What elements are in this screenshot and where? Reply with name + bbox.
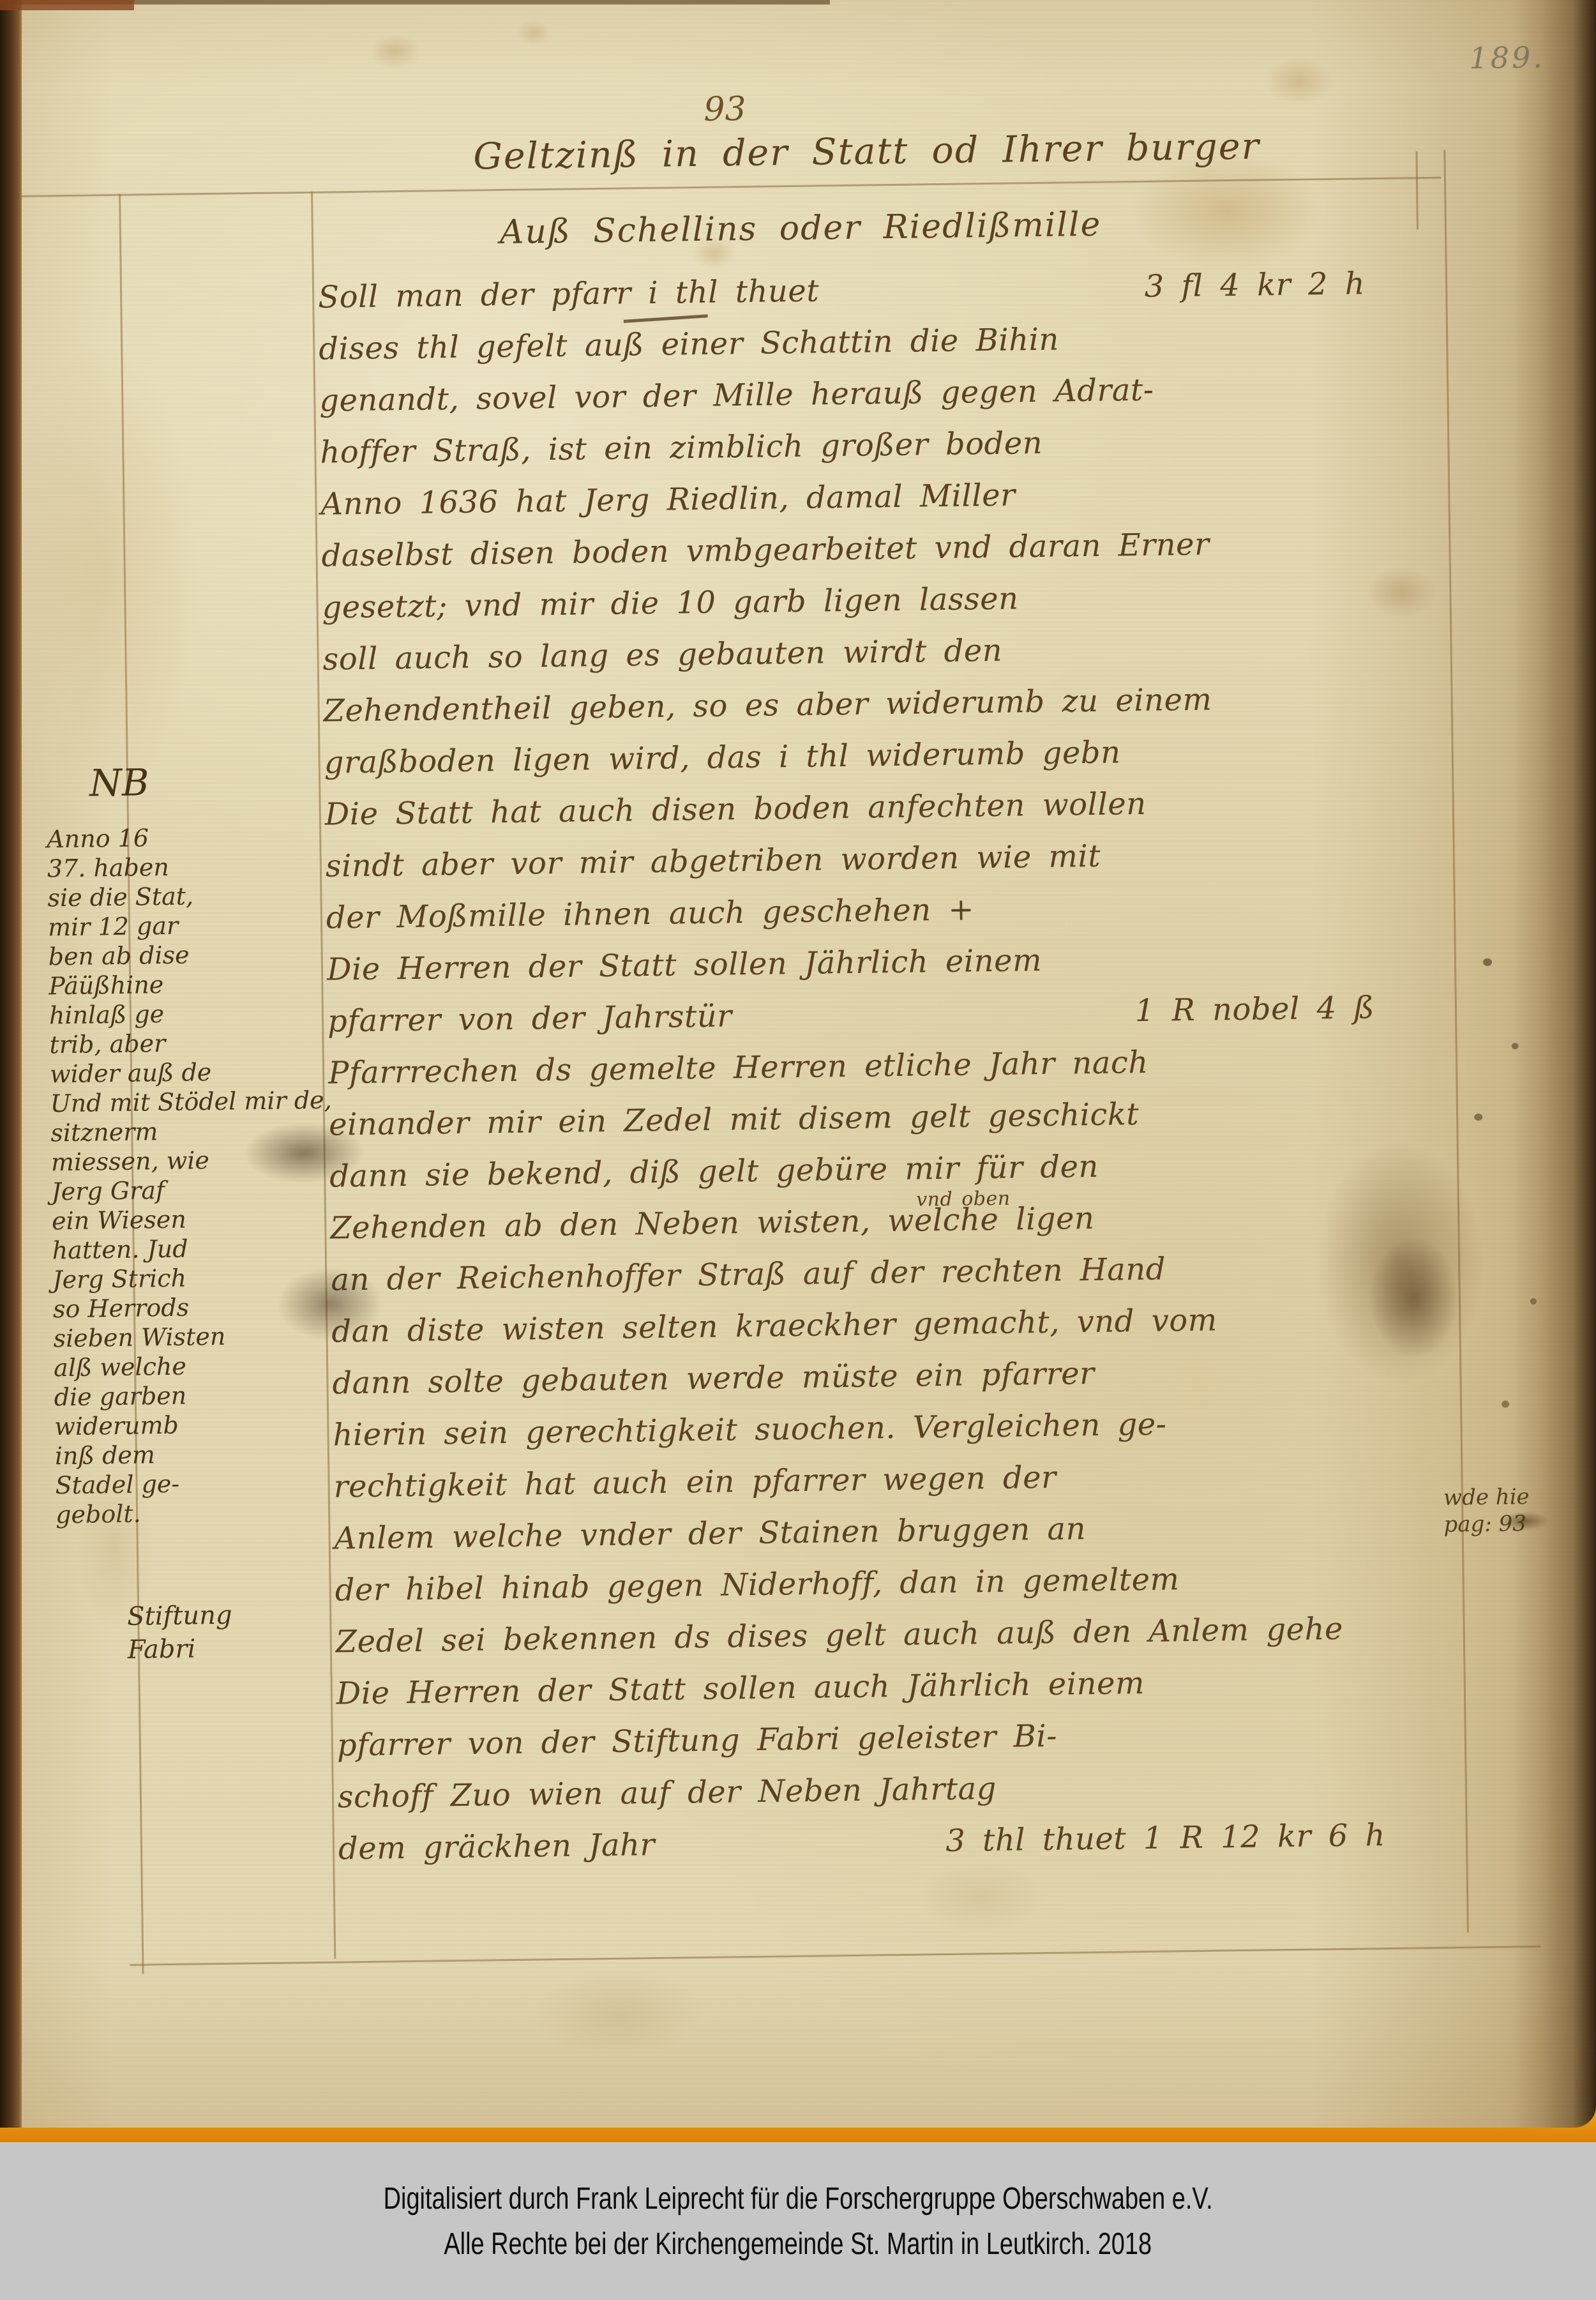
page-content: 189. 93 Geltzinß in der Statt od Ihrer b…	[0, 0, 1596, 2138]
margin-note-line: Jerg Strich	[52, 1261, 340, 1294]
margin-note-line: hinlaß ge	[49, 997, 337, 1030]
margin-notes-block: Anno 1637. habensie die Stat,mir 12 garb…	[47, 821, 343, 1529]
margin-note-line: inß dem	[55, 1437, 343, 1471]
margin-stiftung-block: StiftungFabri	[127, 1597, 358, 1667]
stain	[1369, 1236, 1459, 1359]
interlinear-insertion: vnd oben	[916, 1188, 1011, 1211]
stain	[3, 340, 200, 802]
margin-note-line: miessen, wie	[51, 1144, 339, 1177]
margin-note-line: Und mit Stödel mir de,	[50, 1085, 338, 1118]
manuscript-page: 189. 93 Geltzinß in der Statt od Ihrer b…	[0, 0, 1596, 2128]
margin-note-line: sie die Stat,	[47, 879, 335, 912]
stain	[516, 19, 552, 47]
margin-note-line: 37. haben	[47, 850, 335, 883]
rule-right-stub	[1415, 151, 1419, 229]
heading-line-2: Auß Schellins oder Riedlißmille	[500, 206, 1102, 252]
top-left-book-edge	[0, 0, 134, 10]
margin-note-line: ben ab dise	[48, 938, 336, 971]
heading-line-1: Geltzinß in der Statt od Ihrer burger	[473, 125, 1260, 178]
manuscript-photo: 189. 93 Geltzinß in der Statt od Ihrer b…	[0, 0, 1596, 2300]
page-right-edge-shadow	[1513, 0, 1596, 2128]
line-text: pfarrer von der Jahrstür	[327, 998, 732, 1039]
page-number: 93	[704, 90, 746, 129]
nb-mark: NB	[89, 760, 149, 805]
stain	[536, 1968, 703, 2059]
stain	[370, 34, 421, 70]
main-text-block: Soll man der pfarr i thl thuet 3 fl 4 kr…	[318, 266, 1386, 1882]
margin-note-line: so Herrods	[53, 1290, 341, 1324]
stain	[1474, 1114, 1482, 1121]
margin-note-line: trib, aber	[49, 1026, 337, 1059]
rule-top-horizontal	[8, 177, 1441, 197]
rule-bottom-horizontal	[130, 1946, 1540, 1966]
margin-note-line: die garben	[54, 1379, 342, 1412]
margin-note-line: Stadel ge-	[55, 1467, 343, 1500]
line-text: der Moßmille ihnen auch geschehen +	[326, 891, 975, 935]
caption-line-1: Digitalisiert durch Frank Leiprecht für …	[383, 2181, 1212, 2216]
margin-note-line: widerumb	[54, 1408, 342, 1441]
line-text: dem gräckhen Jahr	[338, 1827, 656, 1866]
margin-note-line: wider auß de	[50, 1055, 338, 1089]
line-amount: 1 R nobel 4 ß	[1134, 990, 1374, 1029]
stain	[1366, 566, 1437, 618]
line-amount: 3 thl thuet 1 R 12 kr 6 h	[945, 1817, 1385, 1859]
stain	[1263, 57, 1334, 105]
line-text: Soll man der pfarr i thl thuet	[318, 273, 820, 315]
stain	[1502, 1400, 1509, 1407]
rule-right-vertical	[1443, 150, 1469, 1933]
margin-note-line: sitznerm	[50, 1114, 338, 1147]
margin-note-line: hatten. Jud	[52, 1232, 340, 1265]
margin-note-line: Jerg Graf	[51, 1173, 339, 1206]
margin-note-line: Fabri	[128, 1630, 358, 1667]
line-amount: 3 fl 4 kr 2 h	[1144, 266, 1365, 305]
margin-note-line: alß welche	[54, 1349, 342, 1382]
margin-note-line: Anno 16	[47, 821, 335, 854]
margin-note-line: sieben Wisten	[53, 1320, 341, 1353]
digitization-caption-band: Digitalisiert durch Frank Leiprecht für …	[0, 2142, 1596, 2300]
margin-note-line: gebolt.	[56, 1496, 343, 1529]
margin-note-line: Stiftung	[127, 1597, 358, 1633]
margin-note-line: mir 12 gar	[48, 909, 336, 942]
caption-line-2: Alle Rechte bei der Kirchengemeinde St. …	[444, 2227, 1152, 2262]
margin-note-line: Päüßhine	[49, 967, 336, 1001]
stain	[1131, 153, 1323, 270]
stain	[1483, 958, 1492, 966]
margin-note-line: ein Wiesen	[52, 1202, 340, 1236]
book-binding-left	[0, 0, 22, 2128]
